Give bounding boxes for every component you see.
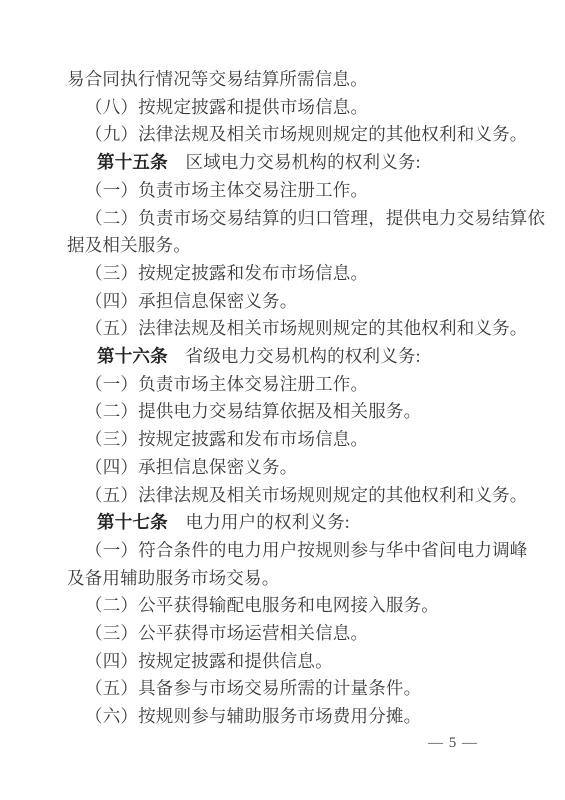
list-item-line: （四）承担信息保密义务。 <box>67 454 515 482</box>
line-text: （九）法律法规及相关市场规则规定的其他权利和义务。 <box>85 124 528 144</box>
line-text: （二）公平获得输配电服务和电网接入服务。 <box>85 595 439 615</box>
line-text: （五）法律法规及相关市场规则规定的其他权利和义务。 <box>85 318 528 338</box>
list-item-line: （六）按规则参与辅助服务市场费用分摊。 <box>67 703 515 731</box>
line-text: （四）按规定披露和提供信息。 <box>85 651 333 671</box>
line-text: （三）公平获得市场运营相关信息。 <box>85 623 368 643</box>
article-number: 第十六条 <box>97 346 168 366</box>
list-item-line: （一）负责市场主体交易注册工作。 <box>67 177 515 205</box>
list-item-line: （五）具备参与市场交易所需的计量条件。 <box>67 675 515 703</box>
list-item-line: （二）负责市场交易结算的归口管理，提供电力交易结算依 <box>67 205 515 233</box>
article-number: 第十七条 <box>97 512 168 532</box>
article-heading: 第十五条 区域电力交易机构的权利义务: <box>67 149 515 177</box>
line-text: （一）符合条件的电力用户按规则参与华中省间电力调峰 <box>85 540 528 560</box>
line-text: （四）承担信息保密义务。 <box>85 291 297 311</box>
line-text: （六）按规则参与辅助服务市场费用分摊。 <box>85 706 421 726</box>
document-page: 易合同执行情况等交易结算所需信息。 （八）按规定披露和提供市场信息。 （九）法律… <box>0 0 565 800</box>
list-item-line: （三）公平获得市场运营相关信息。 <box>67 620 515 648</box>
line-text: 据及相关服务。 <box>67 235 191 255</box>
list-item-line: （五）法律法规及相关市场规则规定的其他权利和义务。 <box>67 482 515 510</box>
line-text: 区域电力交易机构的权利义务: <box>168 152 421 172</box>
list-item-line: （二）公平获得输配电服务和电网接入服务。 <box>67 592 515 620</box>
list-item-line: （一）符合条件的电力用户按规则参与华中省间电力调峰 <box>67 537 515 565</box>
article-number: 第十五条 <box>97 152 168 172</box>
page-number: — 5 — <box>428 733 478 753</box>
line-text: 省级电力交易机构的权利义务: <box>168 346 421 366</box>
text-line: 易合同执行情况等交易结算所需信息。 <box>67 66 515 94</box>
line-text: （五）具备参与市场交易所需的计量条件。 <box>85 678 421 698</box>
list-item-line: （三）按规定披露和发布市场信息。 <box>67 426 515 454</box>
list-item-line: （四）按规定披露和提供信息。 <box>67 648 515 676</box>
line-text: （一）负责市场主体交易注册工作。 <box>85 374 368 394</box>
line-text: 及备用辅助服务市场交易。 <box>67 568 279 588</box>
article-heading: 第十七条 电力用户的权利义务: <box>67 509 515 537</box>
list-item-line: （三）按规定披露和发布市场信息。 <box>67 260 515 288</box>
line-text: （一）负责市场主体交易注册工作。 <box>85 180 368 200</box>
line-text: （三）按规定披露和发布市场信息。 <box>85 429 368 449</box>
line-text: （三）按规定披露和发布市场信息。 <box>85 263 368 283</box>
line-text: （二）负责市场交易结算的归口管理，提供电力交易结算依 <box>85 208 545 228</box>
list-item-line: （九）法律法规及相关市场规则规定的其他权利和义务。 <box>67 121 515 149</box>
document-body: 易合同执行情况等交易结算所需信息。 （八）按规定披露和提供市场信息。 （九）法律… <box>67 66 515 731</box>
list-item-line: （八）按规定披露和提供市场信息。 <box>67 94 515 122</box>
line-text: （八）按规定披露和提供市场信息。 <box>85 97 368 117</box>
line-text: 易合同执行情况等交易结算所需信息。 <box>67 69 368 89</box>
list-item-line: （四）承担信息保密义务。 <box>67 288 515 316</box>
text-line: 据及相关服务。 <box>67 232 515 260</box>
list-item-line: （五）法律法规及相关市场规则规定的其他权利和义务。 <box>67 315 515 343</box>
list-item-line: （二）提供电力交易结算依据及相关服务。 <box>67 398 515 426</box>
article-heading: 第十六条 省级电力交易机构的权利义务: <box>67 343 515 371</box>
line-text: （五）法律法规及相关市场规则规定的其他权利和义务。 <box>85 485 528 505</box>
text-line: 及备用辅助服务市场交易。 <box>67 565 515 593</box>
line-text: 电力用户的权利义务: <box>168 512 350 532</box>
list-item-line: （一）负责市场主体交易注册工作。 <box>67 371 515 399</box>
line-text: （二）提供电力交易结算依据及相关服务。 <box>85 401 421 421</box>
line-text: （四）承担信息保密义务。 <box>85 457 297 477</box>
